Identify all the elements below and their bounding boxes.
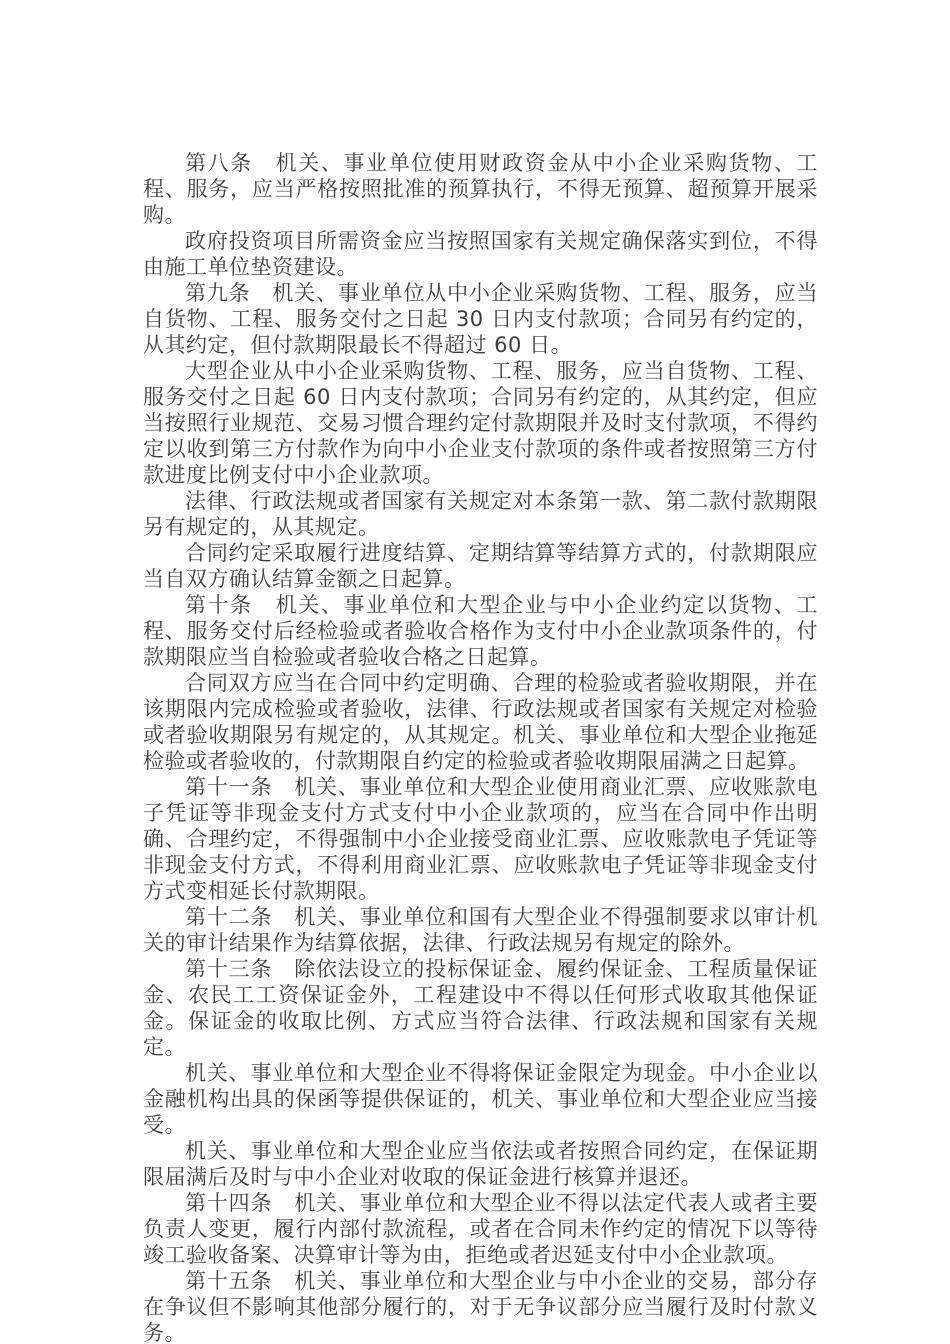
paragraph-article-9-clause-2: 大型企业从中小企业采购货物、工程、服务，应当自货物、工程、服务交付之日起 60 … [143,358,818,488]
paragraph-article-8: 第八条 机关、事业单位使用财政资金从中小企业采购货物、工程、服务，应当严格按照批… [143,150,818,228]
paragraph-article-8-clause-2: 政府投资项目所需资金应当按照国家有关规定确保落实到位，不得由施工单位垫资建设。 [143,228,818,280]
paragraph-article-13: 第十三条 除依法设立的投标保证金、履约保证金、工程质量保证金、农民工工资保证金外… [143,956,818,1060]
paragraph-article-13-clause-2: 机关、事业单位和大型企业不得将保证金限定为现金。中小企业以金融机构出具的保函等提… [143,1060,818,1138]
document-body: 第八条 机关、事业单位使用财政资金从中小企业采购货物、工程、服务，应当严格按照批… [143,150,818,1344]
paragraph-article-15: 第十五条 机关、事业单位和大型企业与中小企业的交易，部分存在争议但不影响其他部分… [143,1268,818,1344]
paragraph-article-9-clause-4: 合同约定采取履行进度结算、定期结算等结算方式的，付款期限应当自双方确认结算金额之… [143,540,818,592]
document-page: 第八条 机关、事业单位使用财政资金从中小企业采购货物、工程、服务，应当严格按照批… [0,0,950,1344]
paragraph-article-12: 第十二条 机关、事业单位和国有大型企业不得强制要求以审计机关的审计结果作为结算依… [143,904,818,956]
paragraph-article-13-clause-3: 机关、事业单位和大型企业应当依法或者按照合同约定，在保证期限届满后及时与中小企业… [143,1138,818,1190]
paragraph-article-11: 第十一条 机关、事业单位和大型企业使用商业汇票、应收账款电子凭证等非现金支付方式… [143,774,818,904]
paragraph-article-10-clause-2: 合同双方应当在合同中约定明确、合理的检验或者验收期限，并在该期限内完成检验或者验… [143,670,818,774]
paragraph-article-9: 第九条 机关、事业单位从中小企业采购货物、工程、服务，应当自货物、工程、服务交付… [143,280,818,358]
paragraph-article-9-clause-3: 法律、行政法规或者国家有关规定对本条第一款、第二款付款期限另有规定的，从其规定。 [143,488,818,540]
paragraph-article-10: 第十条 机关、事业单位和大型企业与中小企业约定以货物、工程、服务交付后经检验或者… [143,592,818,670]
paragraph-article-14: 第十四条 机关、事业单位和大型企业不得以法定代表人或者主要负责人变更，履行内部付… [143,1190,818,1268]
